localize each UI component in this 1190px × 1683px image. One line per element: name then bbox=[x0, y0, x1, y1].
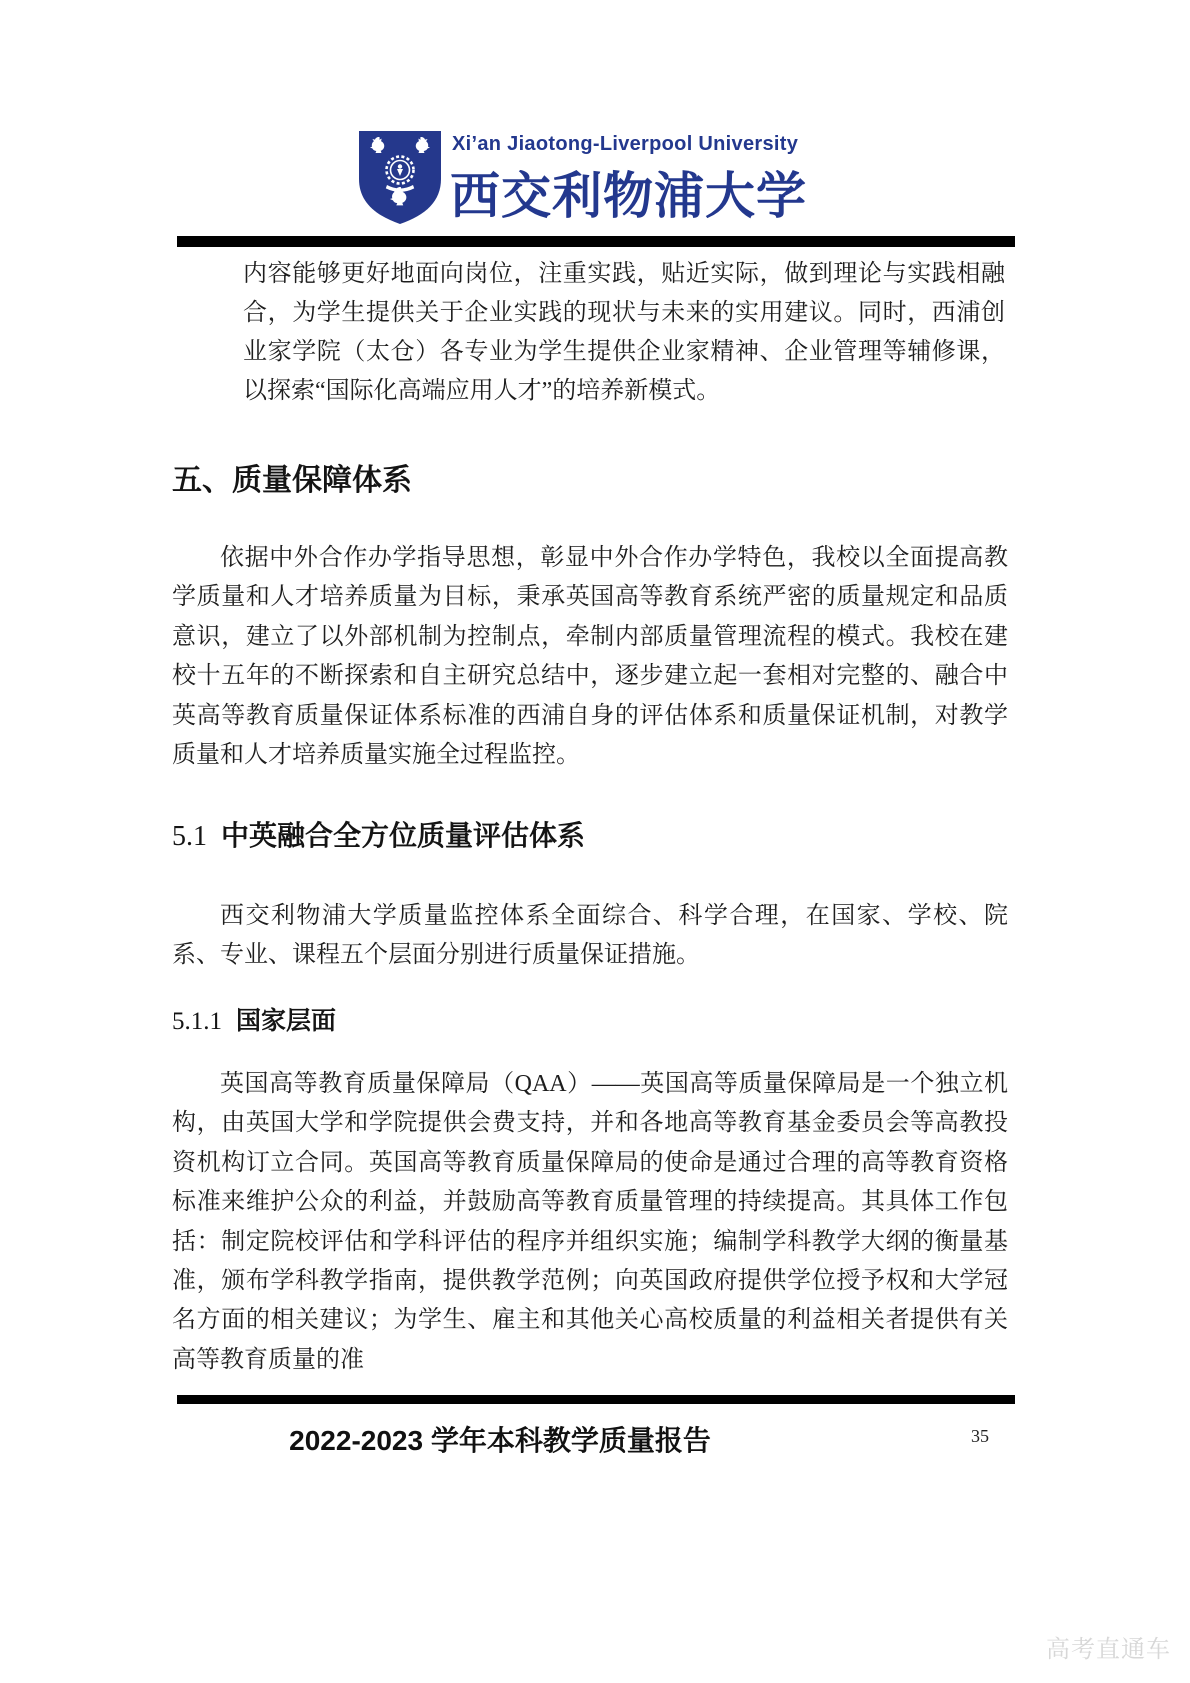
subsection-heading: 5.1中英融合全方位质量评估体系 bbox=[172, 814, 585, 854]
section-heading: 五、质量保障体系 bbox=[172, 455, 412, 499]
subsubsection-title: 国家层面 bbox=[236, 1007, 336, 1035]
footer-rule bbox=[177, 1395, 1015, 1404]
header-rule bbox=[177, 236, 1015, 247]
subsubsection-number: 5.1.1 bbox=[172, 1008, 222, 1035]
intro-quote-paragraph: 内容能够更好地面向岗位，注重实践，贴近实际，做到理论与实践相融合，为学生提供关于… bbox=[243, 255, 1005, 411]
subsubsection-paragraph: 英国高等教育质量保障局（QAA）——英国高等质量保障局是一个独立机构，由英国大学… bbox=[172, 1065, 1008, 1380]
subsection-title: 中英融合全方位质量评估体系 bbox=[221, 820, 585, 851]
university-name-english: Xi’an Jiaotong-Liverpool University bbox=[452, 133, 798, 156]
document-page: Xi’an Jiaotong-Liverpool University 西交利物… bbox=[0, 0, 1190, 1683]
university-name-chinese: 西交利物浦大学 bbox=[450, 156, 807, 228]
watermark-text: 高考直通车 bbox=[1046, 1629, 1171, 1664]
subsection-number: 5.1 bbox=[172, 821, 207, 852]
page-number: 35 bbox=[971, 1426, 989, 1447]
section-paragraph: 依据中外合作办学指导思想，彰显中外合作办学特色，我校以全面提高教学质量和人才培养… bbox=[172, 539, 1008, 775]
university-crest-icon bbox=[356, 129, 444, 226]
footer-report-title: 2022-2023 学年本科教学质量报告 bbox=[172, 1419, 828, 1459]
subsection-paragraph: 西交利物浦大学质量监控体系全面综合、科学合理，在国家、学校、院系、专业、课程五个… bbox=[172, 897, 1008, 976]
subsubsection-heading: 5.1.1国家层面 bbox=[172, 1001, 336, 1037]
